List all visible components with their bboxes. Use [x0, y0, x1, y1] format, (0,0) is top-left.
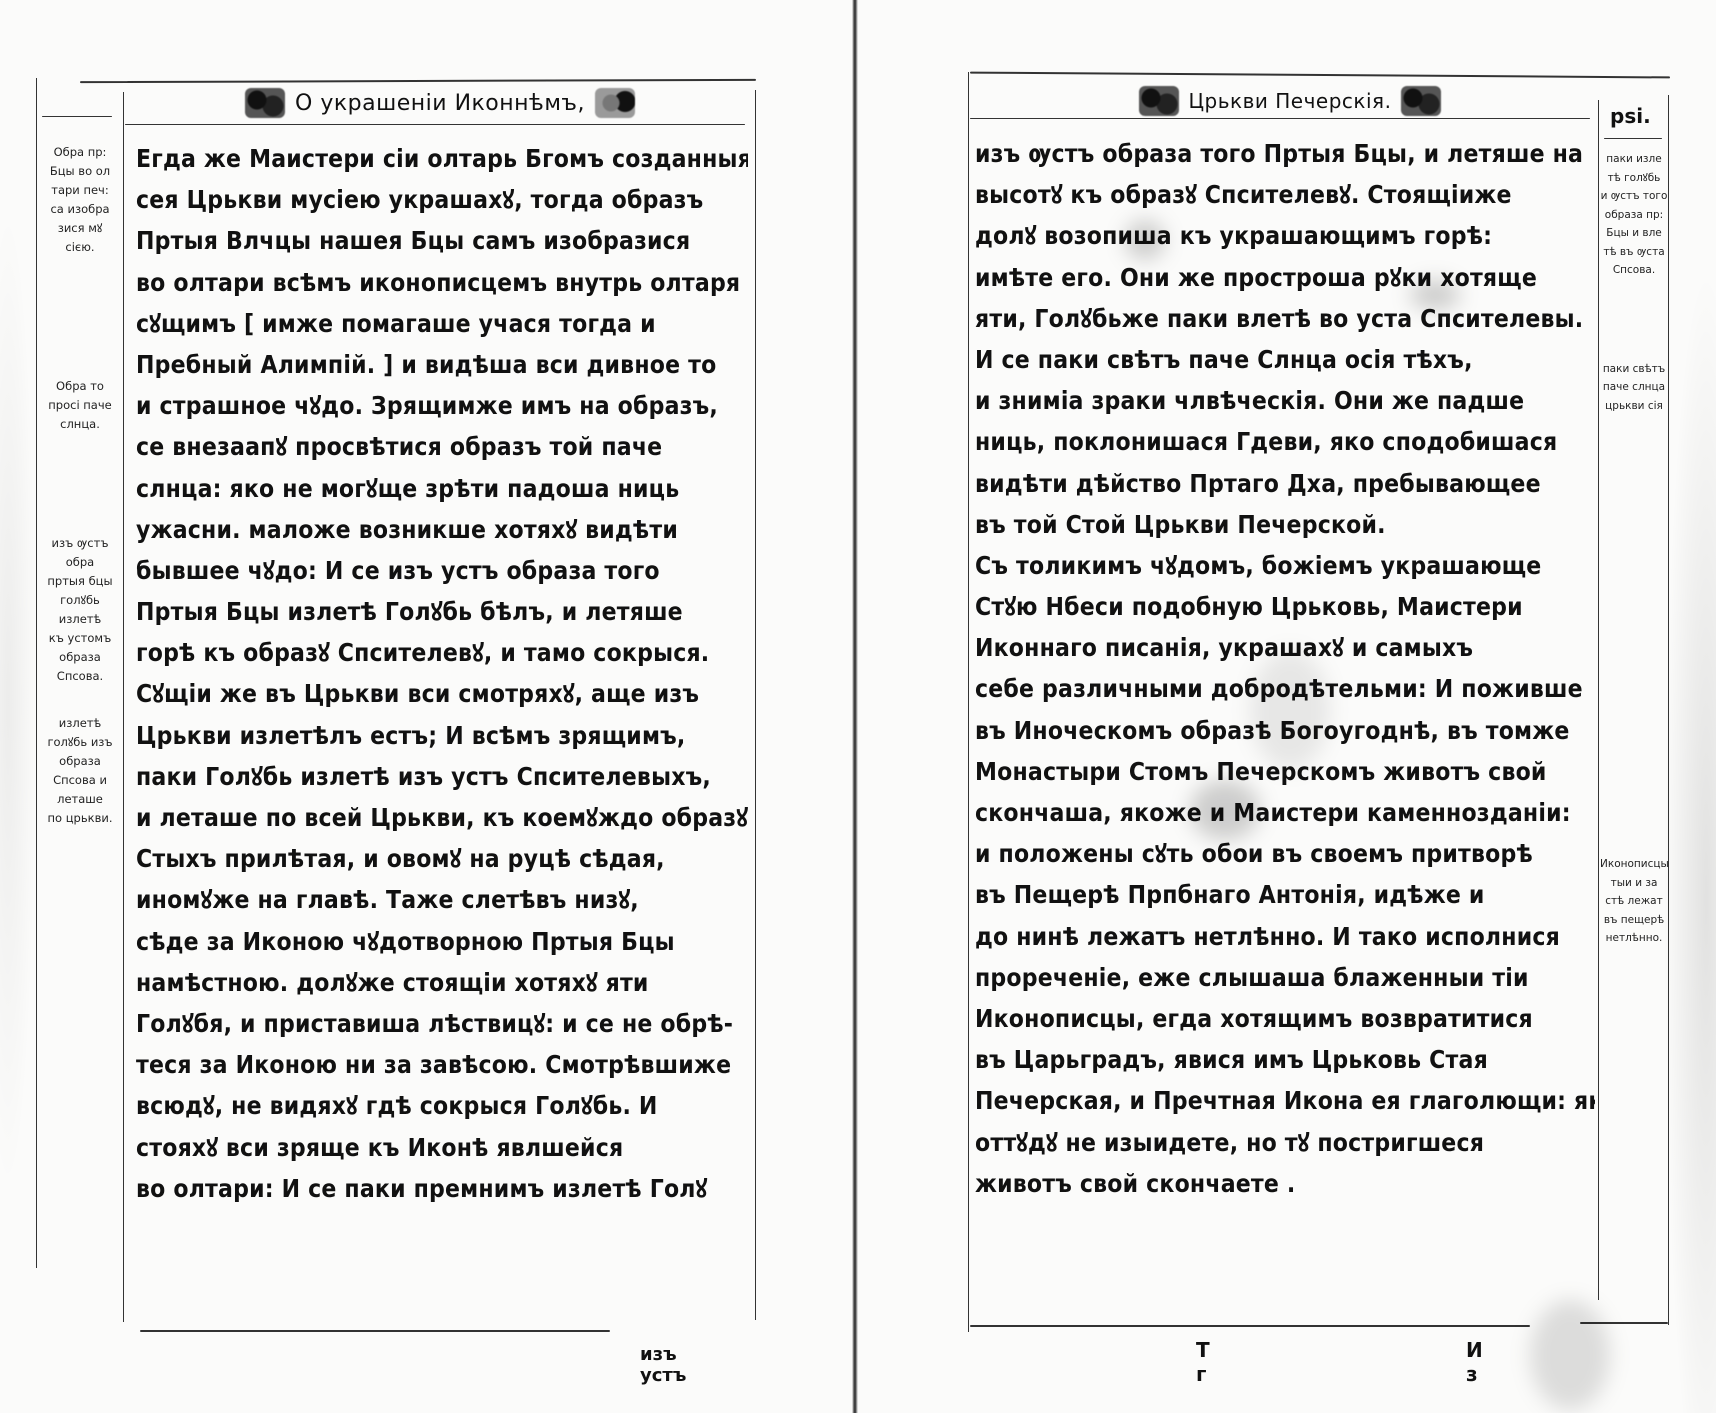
left-margin-header-rule: [42, 116, 112, 117]
text-line: высотꙋ къ образꙋ Спсителевꙋ. Стоящіиже: [975, 174, 1595, 215]
page-signature: И з: [1466, 1338, 1483, 1386]
text-line: ниць, поклонишася Гдеви, яко сподобишася: [975, 421, 1595, 462]
text-line: во олтари всѣмъ иконописцемъ внутрь олта…: [136, 262, 748, 303]
text-line: Пртыя Бцы излетѣ Голꙋбь бѣлъ, и летяше: [136, 591, 748, 632]
text-line: и положены сꙋть обои въ своемъ притворѣ: [975, 833, 1595, 874]
text-line: стояхꙋ вси зряще къ Иконѣ явлшейся: [136, 1127, 748, 1168]
text-line: Сꙋщіи же въ Црькви вси смотряхꙋ, аще изъ: [136, 673, 748, 714]
text-line: яти, Голꙋбьже паки влетѣ во уста Спсител…: [975, 298, 1595, 339]
left-header-rule: [125, 124, 745, 125]
gathering-signature: Т г: [1196, 1338, 1210, 1386]
text-line: Стꙋю Нбеси подобную Црьковь, Маистери: [975, 586, 1595, 627]
headpiece-ornament-icon: [1401, 86, 1441, 116]
margin-note: Обра то просі паче слнца.: [38, 377, 122, 434]
ink-smudge: [1530, 1300, 1610, 1410]
headpiece-ornament-icon: [245, 88, 285, 118]
text-line: Црькви излетѣлъ естъ; И всѣмъ зрящимъ,: [136, 715, 748, 756]
left-outer-border: [36, 78, 37, 1268]
book-spine: [852, 0, 858, 1413]
text-line: скончаша, якоже и Маистери каменнозданіи…: [975, 792, 1595, 833]
text-line: паки Голꙋбь излетѣ изъ устъ Спсителевыхъ…: [136, 756, 748, 797]
right-margin-divider: [1598, 100, 1599, 1300]
margin-note: паки свѣтъ паче слнца црькви сія: [1600, 360, 1668, 416]
margin-note: Иконописцы тыи и за стѣ лежат въ пещерѣ …: [1600, 855, 1668, 948]
ink-smudge: [1410, 280, 1460, 310]
text-line: сея Црькви мусіею украшахꙋ, тогда образъ: [136, 179, 748, 220]
text-line: И се паки свѣтъ паче Слнца осія тѣхъ,: [975, 339, 1595, 380]
text-line: се внезаапꙋ просвѣтися образъ той паче: [136, 426, 748, 467]
left-body-text: Егда же Маистери сіи олтарь Бгомъ создан…: [136, 138, 748, 1209]
text-line: иномꙋже на главѣ. Таже слетѣвъ низꙋ,: [136, 879, 748, 920]
left-inner-border: [755, 90, 756, 1320]
text-line: долꙋ возопиша къ украшающимъ горѣ:: [975, 215, 1595, 256]
running-head-text: Црькви Печерскія.: [1189, 89, 1392, 113]
left-margin-divider: [123, 92, 124, 1322]
text-line: и страшное чꙋдо. Зрящимже имъ на образъ,: [136, 385, 748, 426]
left-margin-notes: Обра пр: Бцы во ол тари печ: са изобра з…: [38, 143, 122, 854]
text-line: слнца: яко не могꙋще зрѣти падоша ниць: [136, 468, 748, 509]
text-line: и зниміа зраки члвѣческія. Они же падше: [975, 380, 1595, 421]
text-line: теся за Иконою ни за завѣсою. Смотрѣвшиж…: [136, 1044, 748, 1085]
text-line: Стыхъ прилѣтая, и овомꙋ на руцѣ сѣдая,: [136, 838, 748, 879]
left-bottom-rule: [140, 1330, 610, 1332]
text-line: въ Пещерѣ Прпбнаго Антонія, идѣже и: [975, 874, 1595, 915]
text-line: всюдꙋ, не видяхꙋ гдѣ сокрыся Голꙋбь. И: [136, 1085, 748, 1126]
text-line: Печерская, и Пречтная Икона ея глаголющи…: [975, 1080, 1595, 1121]
ink-smudge: [1250, 650, 1330, 770]
right-inner-border: [968, 72, 969, 1332]
text-line: прореченіе, еже слышаша блаженныи тіи: [975, 957, 1595, 998]
right-top-rule: [970, 72, 1670, 79]
text-line: намѣстною. долꙋже стоящіи хотяхꙋ яти: [136, 962, 748, 1003]
ink-smudge: [1190, 780, 1260, 840]
right-margin-notes: паки изле тѣ голꙋбь и ѹстъ того образа п…: [1600, 150, 1668, 974]
text-line: и леташе по всей Црькви, къ коемꙋждо обр…: [136, 797, 748, 838]
text-line: въ Царьградъ, явися имъ Црьковь Стая: [975, 1039, 1595, 1080]
text-line: ужасни. маложе возникше хотяхꙋ видѣти: [136, 509, 748, 550]
text-line: въ той Стой Црькви Печерской.: [975, 504, 1595, 545]
text-line: имѣте его. Они же простроша рꙋки хотяще: [975, 257, 1595, 298]
text-line: во олтари: И се паки премнимъ излетѣ Гол…: [136, 1168, 748, 1209]
text-line: Съ толикимъ чꙋдомъ, божіемъ украшающе: [975, 545, 1595, 586]
text-line: Егда же Маистери сіи олтарь Бгомъ создан…: [136, 138, 748, 179]
text-line: Иконописцы, егда хотящимъ возвратитися: [975, 998, 1595, 1039]
right-outer-border: [1668, 95, 1669, 1325]
left-running-head: О украшеніи Иконнѣмъ,: [230, 86, 650, 120]
left-top-rule: [80, 79, 756, 83]
text-line: до нинѣ лежатъ нетлѣнно. И тако исполнис…: [975, 916, 1595, 957]
text-line: горѣ къ образꙋ Спсителевꙋ, и тамо сокрыс…: [136, 632, 748, 673]
text-line: оттꙋдꙋ не изыидете, но тꙋ постригшеся: [975, 1122, 1595, 1163]
headpiece-ornament-icon: [595, 88, 635, 118]
text-line: Пребный Алимпій. ] и видѣша вси дивное т…: [136, 344, 748, 385]
text-line: видѣти дѣйство Пртаго Дха, пребывающее: [975, 463, 1595, 504]
margin-note: изъ ѹстъ обра пртыя бцы голꙋбь излетѣ къ…: [38, 534, 122, 686]
ink-smudge: [1125, 220, 1165, 260]
headpiece-ornament-icon: [1139, 86, 1179, 116]
right-header-rule: [970, 118, 1590, 119]
running-head-text: О украшеніи Иконнѣмъ,: [295, 91, 585, 116]
right-running-head: Црькви Печерскія.: [1110, 84, 1470, 118]
margin-note: паки изле тѣ голꙋбь и ѹстъ того образа п…: [1600, 150, 1668, 280]
text-line: сꙋщимъ [ имже помагаше учася тогда и: [136, 303, 748, 344]
text-line: животъ свой скончаете .: [975, 1163, 1595, 1204]
right-margin-header-rule: [1604, 138, 1662, 139]
margin-note: излетѣ голꙋбь изъ образа Спсова и леташе…: [38, 714, 122, 828]
catchword: изъ устъ: [640, 1344, 686, 1386]
text-line: Голꙋбя, и приставиша лѣствицꙋ: и се не о…: [136, 1003, 748, 1044]
text-line: изъ ѹстъ образа того Пртыя Бцы, и летяше…: [975, 133, 1595, 174]
text-line: Пртыя Влчцы нашея Бцы самъ изобразися: [136, 220, 748, 261]
margin-note: Обра пр: Бцы во ол тари печ: са изобра з…: [38, 143, 122, 257]
text-line: сѣде за Иконою чꙋдотворною Пртыя Бцы: [136, 921, 748, 962]
folio-number: рѕі.: [1610, 104, 1651, 128]
right-bottom-rule: [970, 1325, 1530, 1327]
text-line: бывшее чꙋдо: И се изъ устъ образа того: [136, 550, 748, 591]
